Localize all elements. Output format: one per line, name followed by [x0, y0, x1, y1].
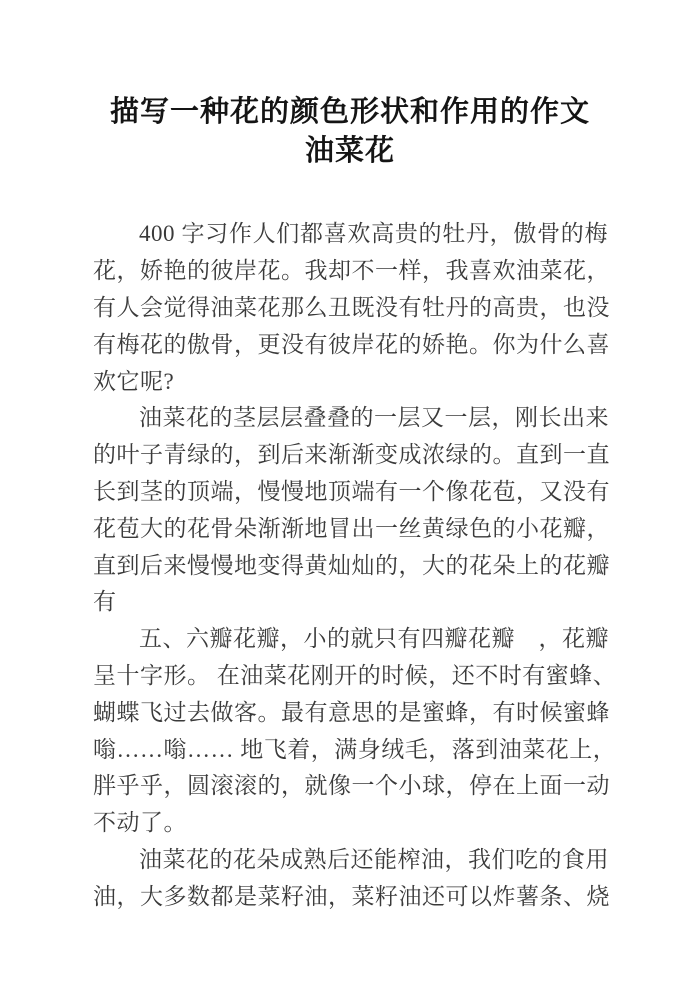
text-line: 油菜花的茎层层叠叠的一层又一层，刚长出来 [93, 400, 608, 437]
text-line: 油菜花的花朵成熟后还能榨油，我们吃的食用 [93, 842, 608, 879]
text-line: 呈十字形。 在油菜花刚开的时候，还不时有蜜蜂、 [93, 658, 608, 695]
title-line-1: 描写一种花的颜色形状和作用的作文 [0, 93, 700, 132]
paragraph: 400 字习作人们都喜欢高贵的牡丹，傲骨的梅花，娇艳的彼岸花。我却不一样，我喜欢… [93, 216, 608, 400]
text-line: 油，大多数都是菜籽油，菜籽油还可以炸薯条、烧 [93, 879, 608, 916]
text-line: 蝴蝶飞过去做客。最有意思的是蜜蜂，有时候蜜蜂 [93, 695, 608, 732]
text-line: 400 字习作人们都喜欢高贵的牡丹，傲骨的梅 [93, 216, 608, 253]
text-line: 欢它呢? [93, 364, 608, 401]
paragraph: 油菜花的茎层层叠叠的一层又一层，刚长出来的叶子青绿的，到后来渐渐变成浓绿的。直到… [93, 400, 608, 621]
text-line: 有梅花的傲骨，更没有彼岸花的娇艳。你为什么喜 [93, 327, 608, 364]
text-line: 长到茎的顶端，慢慢地顶端有一个像花苞，又没有 [93, 474, 608, 511]
text-line: 五、六瓣花瓣，小的就只有四瓣花瓣 ，花瓣 [93, 621, 608, 658]
page-title: 描写一种花的颜色形状和作用的作文 油菜花 [0, 19, 700, 171]
paragraph: 油菜花的花朵成熟后还能榨油，我们吃的食用油，大多数都是菜籽油，菜籽油还可以炸薯条… [93, 842, 608, 916]
document-body: 400 字习作人们都喜欢高贵的牡丹，傲骨的梅花，娇艳的彼岸花。我却不一样，我喜欢… [0, 216, 700, 915]
title-line-2: 油菜花 [0, 132, 700, 171]
text-line: 不动了。 [93, 805, 608, 842]
document-page: 描写一种花的颜色形状和作用的作文 油菜花 400 字习作人们都喜欢高贵的牡丹，傲… [0, 0, 700, 989]
paragraph: 五、六瓣花瓣，小的就只有四瓣花瓣 ，花瓣呈十字形。 在油菜花刚开的时候，还不时有… [93, 621, 608, 842]
text-line: 花，娇艳的彼岸花。我却不一样，我喜欢油菜花， [93, 253, 608, 290]
text-line: 嗡……嗡…… 地飞着，满身绒毛，落到油菜花上， [93, 732, 608, 769]
text-line: 有人会觉得油菜花那么丑既没有牡丹的高贵，也没 [93, 290, 608, 327]
text-line: 胖乎乎，圆滚滚的，就像一个小球，停在上面一动 [93, 768, 608, 805]
text-line: 直到后来慢慢地变得黄灿灿的，大的花朵上的花瓣 [93, 548, 608, 585]
text-line: 花苞大的花骨朵渐渐地冒出一丝黄绿色的小花瓣， [93, 511, 608, 548]
text-line: 有 [93, 584, 608, 621]
text-line: 的叶子青绿的，到后来渐渐变成浓绿的。直到一直 [93, 437, 608, 474]
